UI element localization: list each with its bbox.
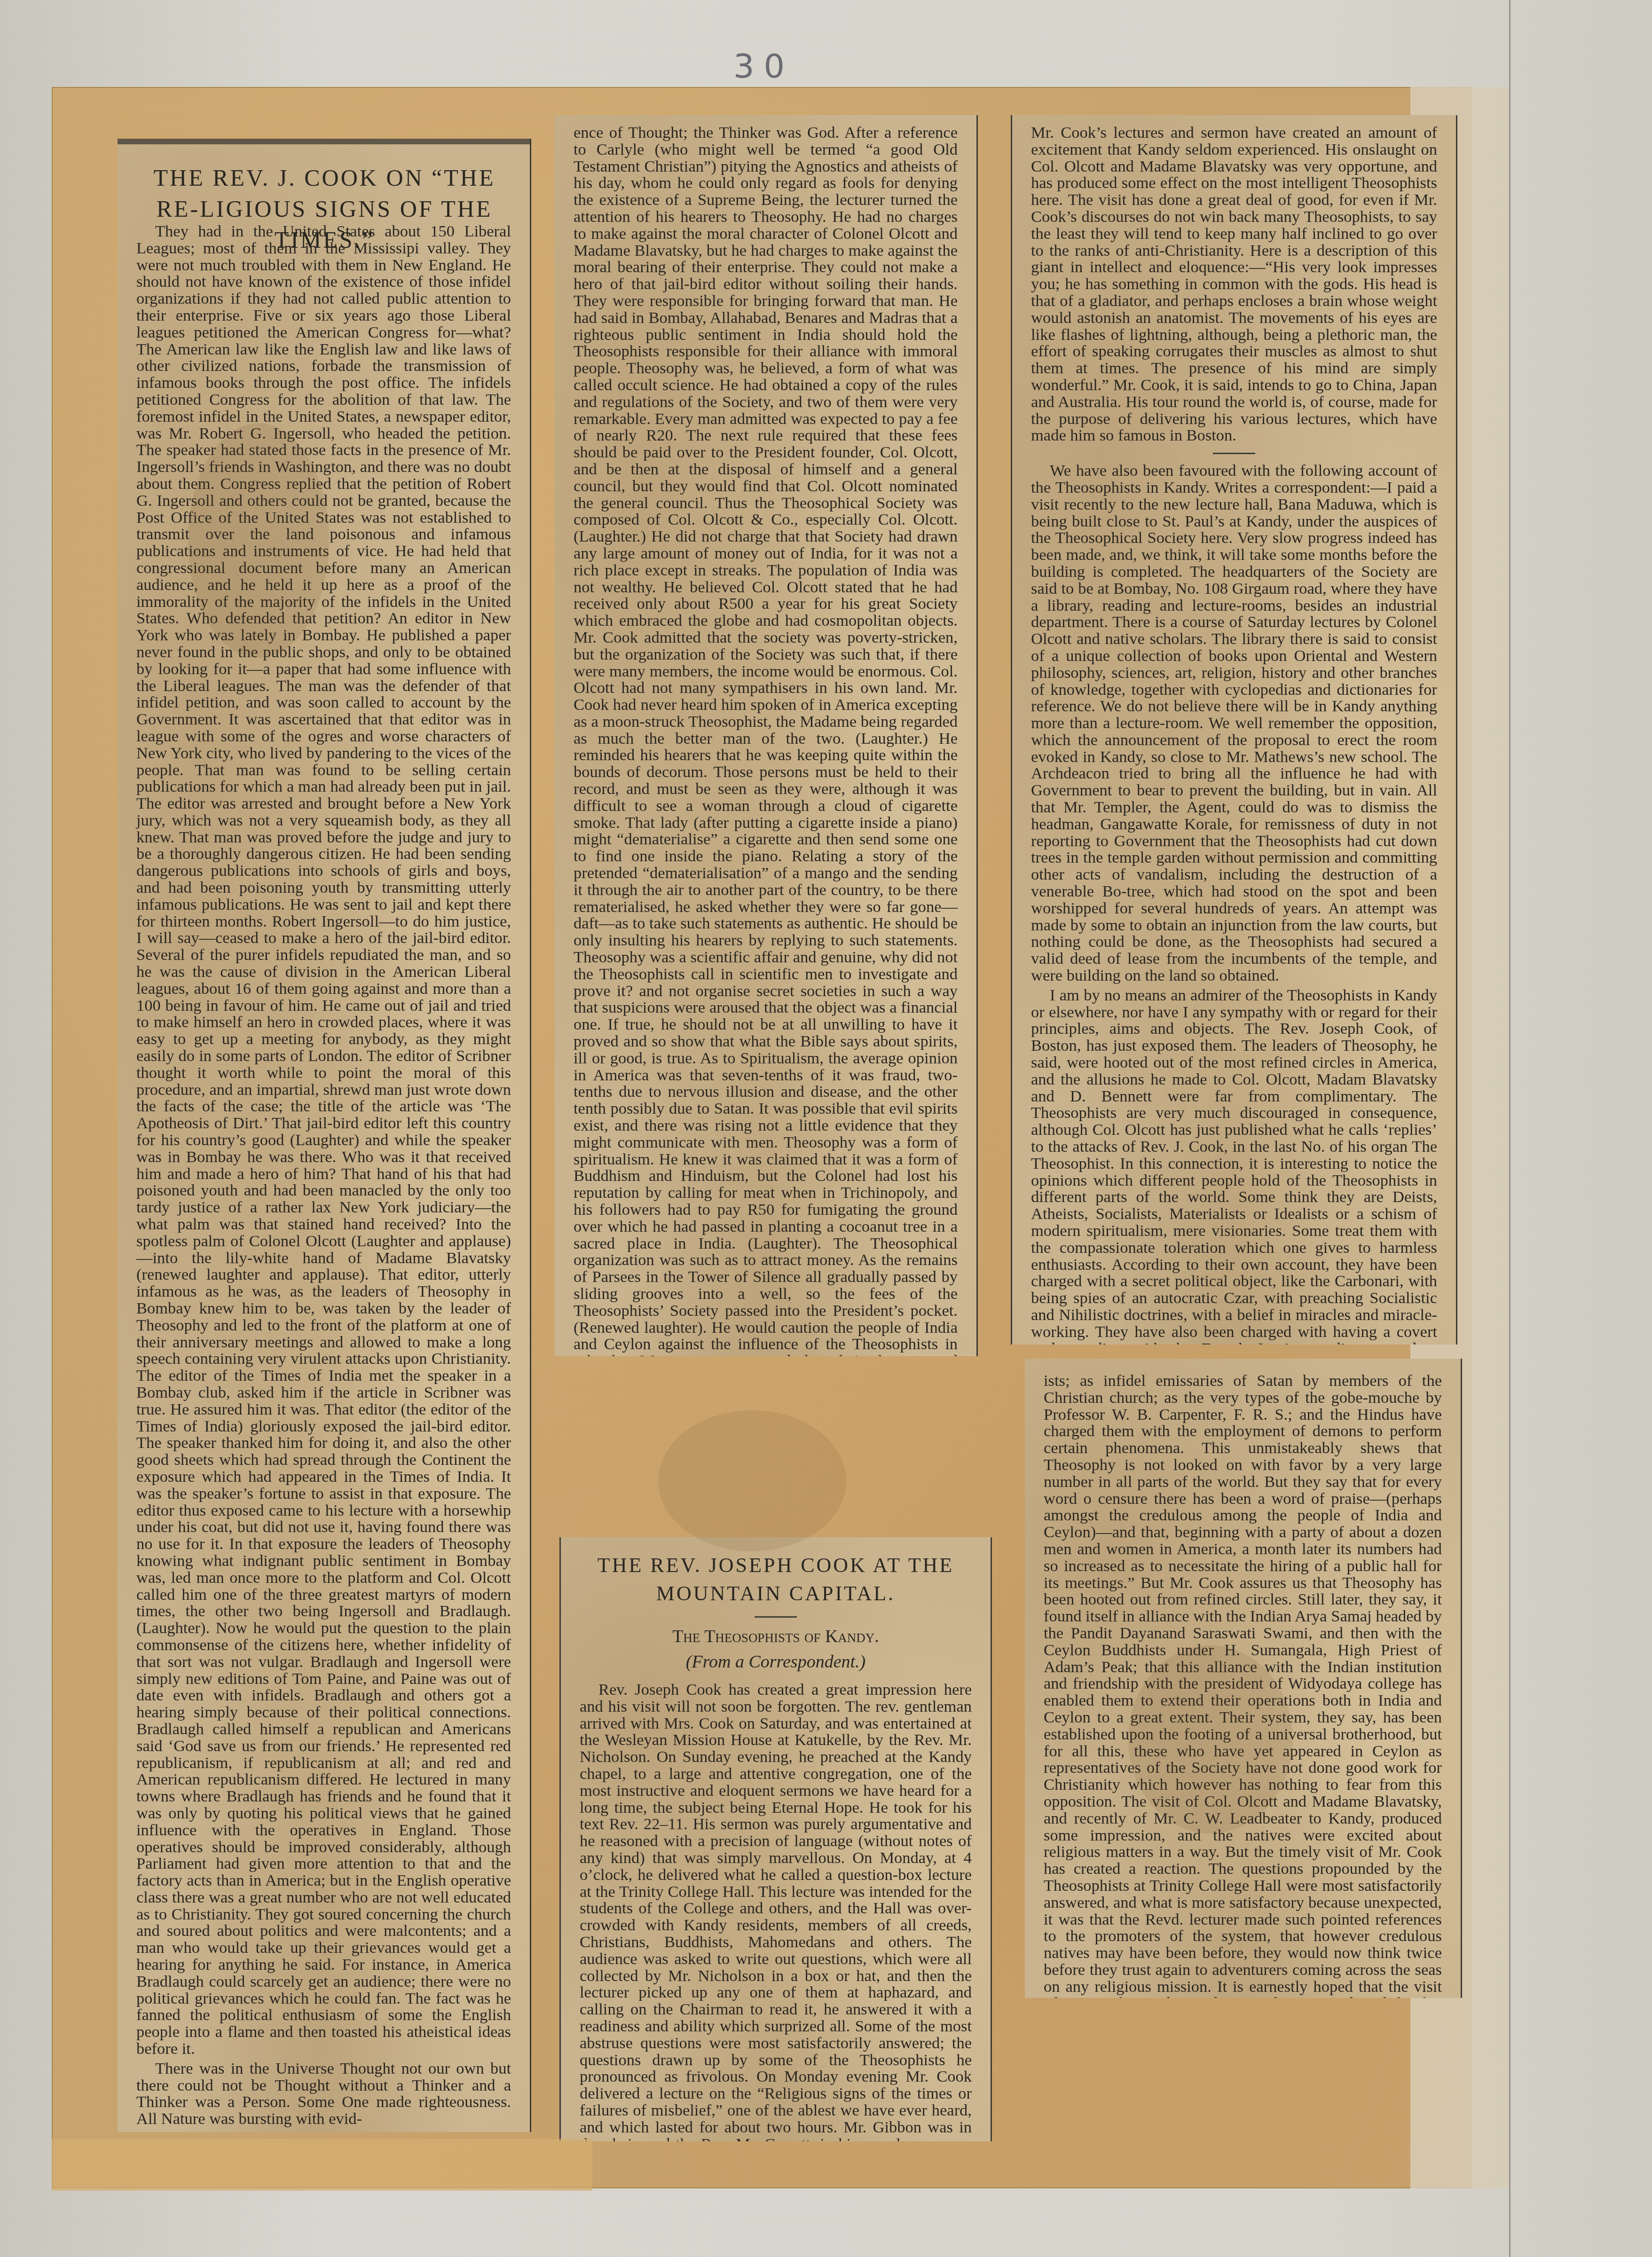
paragraph: ists; as infidel emissaries of Satan by … bbox=[1044, 1373, 1442, 1998]
article-body: They had in the United States about 150 … bbox=[136, 223, 511, 2131]
byline: (From a Correspondent.) bbox=[580, 1651, 972, 1672]
subheadline: The Theosophists of Kandy. bbox=[580, 1626, 972, 1647]
clipping-religious-signs: THE REV. J. COOK ON “THE RE-LIGIOUS SIGN… bbox=[118, 139, 531, 2132]
paragraph: I am by no means an admirer of the Theos… bbox=[1031, 987, 1437, 1345]
clipping-kandy-continuation: ists; as infidel emissaries of Satan by … bbox=[1025, 1359, 1462, 1998]
headline-rule bbox=[118, 139, 531, 144]
paragraph: Rev. Joseph Cook has created a great imp… bbox=[580, 1682, 972, 2141]
headline: THE REV. JOSEPH COOK AT THE MOUNTAIN CAP… bbox=[580, 1551, 972, 1608]
paragraph: There was in the Universe Thought not ou… bbox=[136, 2060, 511, 2128]
headline-box: THE REV. J. COOK ON “THE RE-LIGIOUS SIGN… bbox=[118, 139, 531, 221]
clipping-continuation: ence of Thought; the Thinker was God. Af… bbox=[555, 115, 978, 1356]
divider bbox=[1213, 453, 1255, 454]
clipping-kandy-theosophists: Mr. Cook’s lectures and sermon have crea… bbox=[1011, 115, 1457, 1345]
paragraph: We have also been favoured with the foll… bbox=[1031, 463, 1437, 984]
divider bbox=[755, 1616, 797, 1618]
backing-edge bbox=[52, 2139, 592, 2191]
clipping-mountain-capital: THE REV. JOSEPH COOK AT THE MOUNTAIN CAP… bbox=[559, 1537, 992, 2141]
paragraph: ence of Thought; the Thinker was God. Af… bbox=[574, 125, 958, 1356]
page-number: 30 bbox=[733, 47, 794, 86]
album-page-edge bbox=[1509, 0, 1510, 2257]
album-page: 30 THE REV. J. COOK ON “THE RE-LIGIOUS S… bbox=[0, 0, 1652, 2257]
paragraph: They had in the United States about 150 … bbox=[136, 223, 511, 2058]
paragraph: Mr. Cook’s lectures and sermon have crea… bbox=[1031, 125, 1437, 444]
